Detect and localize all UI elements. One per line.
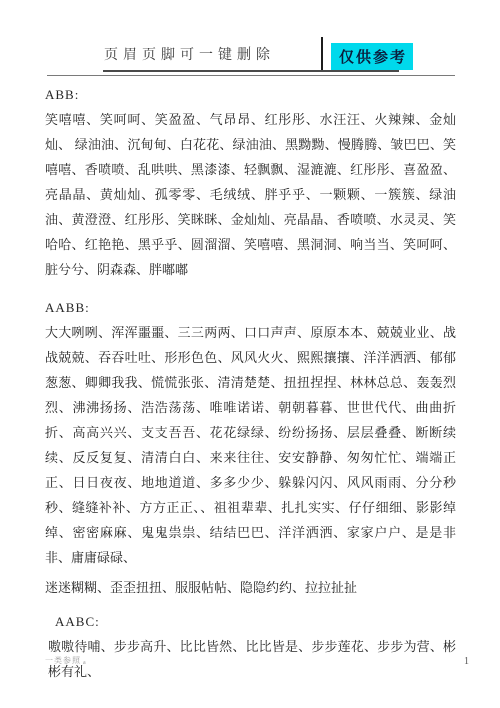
- footer-note: 一类参照a: [45, 655, 87, 666]
- footer-note-subscript: a: [83, 660, 87, 666]
- page-number: 1: [464, 656, 469, 667]
- section-words-aabb: 大大咧咧、浑浑噩噩、三三两两、口口声声、原原本本、兢兢业业、战战兢兢、吞吞吐吐、…: [45, 320, 456, 570]
- header-underline: [103, 70, 399, 72]
- section-heading-aabc: AABC:: [45, 609, 456, 634]
- header-note-text: 页眉页脚可一键删除: [104, 44, 275, 64]
- footer-note-text: 一类参照: [45, 656, 81, 665]
- section-heading-abb: ABB:: [45, 82, 456, 107]
- reference-badge: 仅供参考: [331, 43, 413, 70]
- section-words-aabb-extra: 迷迷糊糊、歪歪扭扭、服服帖帖、隐隐约约、拉拉扯扯: [45, 575, 456, 600]
- document-page: 页眉页脚可一键删除 仅供参考 ABB: 笑嘻嘻、笑呵呵、笑盈盈、气昂昂、红彤彤、…: [0, 0, 500, 708]
- header-divider: [321, 37, 323, 70]
- section-heading-aabb: AABB:: [45, 295, 456, 320]
- section-words-abb: 笑嘻嘻、笑呵呵、笑盈盈、气昂昂、红彤彤、水汪汪、火辣辣、金灿灿、 绿油油、沉甸甸…: [45, 107, 456, 282]
- document-content: ABB: 笑嘻嘻、笑呵呵、笑盈盈、气昂昂、红彤彤、水汪汪、火辣辣、金灿灿、 绿油…: [45, 82, 456, 684]
- section-words-aabc: 嗷嗷待哺、步步高升、比比皆然、比比皆是、步步莲花、步步为营、彬彬有礼、: [45, 634, 456, 684]
- header-rule: [47, 75, 455, 76]
